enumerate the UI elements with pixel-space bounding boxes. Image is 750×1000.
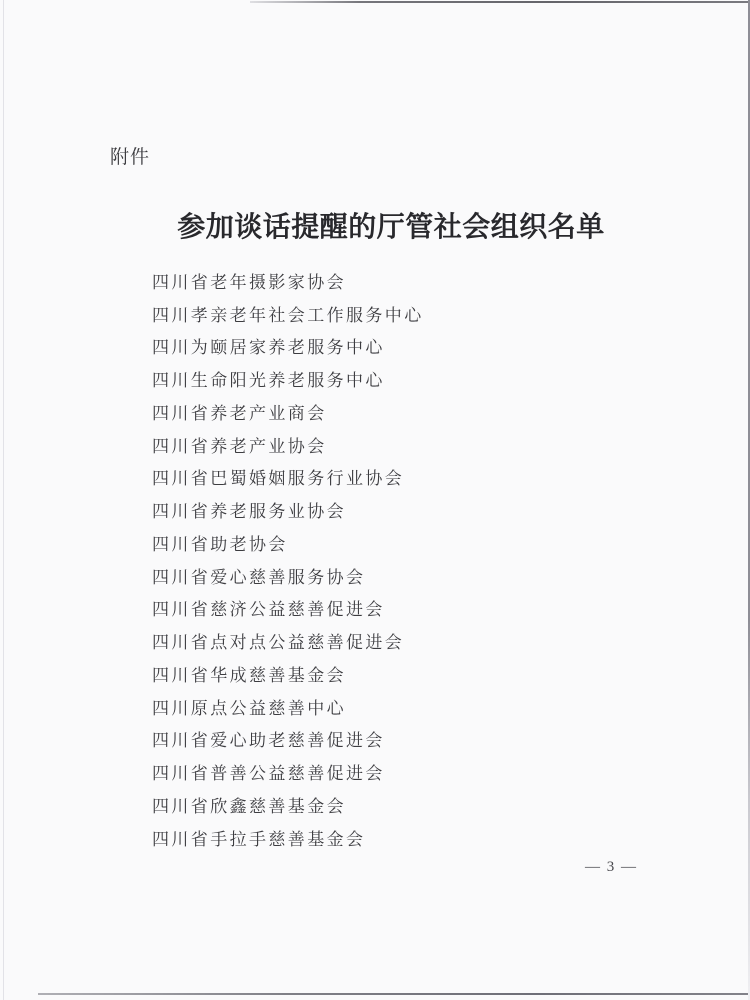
scan-edge-top — [250, 1, 750, 3]
list-item: 四川省爱心慈善服务协会 — [152, 559, 690, 592]
page-number: — 3 — — [585, 859, 638, 876]
list-item: 四川省点对点公益慈善促进会 — [152, 624, 690, 657]
list-item: 四川省养老产业协会 — [152, 428, 690, 461]
list-item: 四川省手拉手慈善基金会 — [152, 821, 690, 854]
organization-list: 四川省老年摄影家协会 四川孝亲老年社会工作服务中心 四川为颐居家养老服务中心 四… — [152, 264, 690, 854]
list-item: 四川省老年摄影家协会 — [152, 264, 690, 297]
list-item: 四川省欣鑫慈善基金会 — [152, 788, 690, 821]
document-page: 附件 参加谈话提醒的厅管社会组织名单 四川省老年摄影家协会 四川孝亲老年社会工作… — [0, 0, 750, 1000]
list-item: 四川省养老产业商会 — [152, 395, 690, 428]
attachment-label: 附件 — [110, 142, 150, 169]
list-item: 四川省普善公益慈善促进会 — [152, 755, 690, 788]
list-item: 四川省慈济公益慈善促进会 — [152, 592, 690, 625]
list-item: 四川生命阳光养老服务中心 — [152, 362, 690, 395]
list-item: 四川省爱心助老慈善促进会 — [152, 723, 690, 756]
page-title: 参加谈话提醒的厅管社会组织名单 — [0, 205, 750, 245]
list-item: 四川为颐居家养老服务中心 — [152, 330, 690, 363]
list-item: 四川原点公益慈善中心 — [152, 690, 690, 723]
list-item: 四川省助老协会 — [152, 526, 690, 559]
list-item: 四川孝亲老年社会工作服务中心 — [152, 297, 690, 330]
list-item: 四川省养老服务业协会 — [152, 493, 690, 526]
list-item: 四川省华成慈善基金会 — [152, 657, 690, 690]
scan-edge-bottom — [38, 993, 750, 995]
list-item: 四川省巴蜀婚姻服务行业协会 — [152, 461, 690, 494]
scan-edge-left — [3, 0, 4, 1000]
